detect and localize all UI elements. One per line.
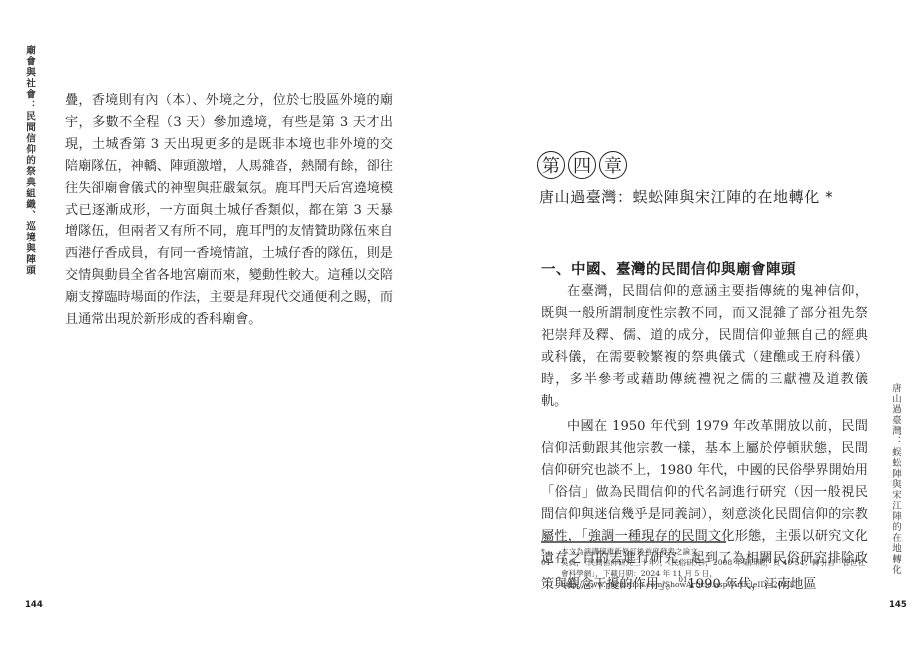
paragraph: 疊，香境則有內（本）、外境之分，位於七股區外境的廟宇，多數不全程（3 天）參加遶…: [65, 90, 393, 331]
footnote-mark: *: [541, 546, 561, 557]
chapter-number: 第 四 章: [537, 151, 627, 179]
paragraph: 在臺灣，民間信仰的意涵主要指傳統的鬼神信仰，既與一般所謂制度性宗教不同，而又混雜…: [541, 281, 868, 412]
footnote: 01 吳真，〈民間信仰研究三十年〉，《民俗研究》，2008 年第四期，頁 40-…: [541, 557, 871, 590]
page-number-right: 145: [889, 600, 907, 610]
page-number-left: 144: [25, 600, 43, 610]
footnote-mark: 01: [541, 557, 561, 590]
section-heading: 一、中國、臺灣的民間信仰與廟會陣頭: [541, 258, 796, 279]
footnote-divider: [541, 541, 726, 543]
left-page: 廟會與社會：民間信仰的祭典組織、巡境與陣頭 疊，香境則有內（本）、外境之分，位於…: [0, 0, 461, 654]
chapter-title: 唐山過臺灣：蜈蚣陣與宋江陣的在地轉化 *: [539, 186, 833, 207]
running-head-left: 廟會與社會：民間信仰的祭典組織、巡境與陣頭: [22, 45, 36, 276]
left-body-text: 疊，香境則有內（本）、外境之分，位於七股區外境的廟宇，多數不全程（3 天）參加遶…: [65, 90, 393, 331]
right-page: 第 四 章 唐山過臺灣：蜈蚣陣與宋江陣的在地轉化 * 一、中國、臺灣的民間信仰與…: [461, 0, 923, 654]
footnote-text: 吳真，〈民間信仰研究三十年〉，《民俗研究》，2008 年第四期，頁 40-54；…: [561, 557, 871, 590]
chapter-badge: 四: [568, 151, 596, 179]
footnote-text: 本文為演講稿重新修訂後首度發表之論文。: [561, 546, 871, 557]
chapter-badge: 第: [537, 151, 565, 179]
footnote: * 本文為演講稿重新修訂後首度發表之論文。: [541, 546, 871, 557]
chapter-badge: 章: [599, 151, 627, 179]
footnotes: * 本文為演講稿重新修訂後首度發表之論文。 01 吳真，〈民間信仰研究三十年〉，…: [541, 546, 871, 590]
running-head-right: 唐山過臺灣：蜈蚣陣與宋江陣的在地轉化: [888, 383, 902, 575]
